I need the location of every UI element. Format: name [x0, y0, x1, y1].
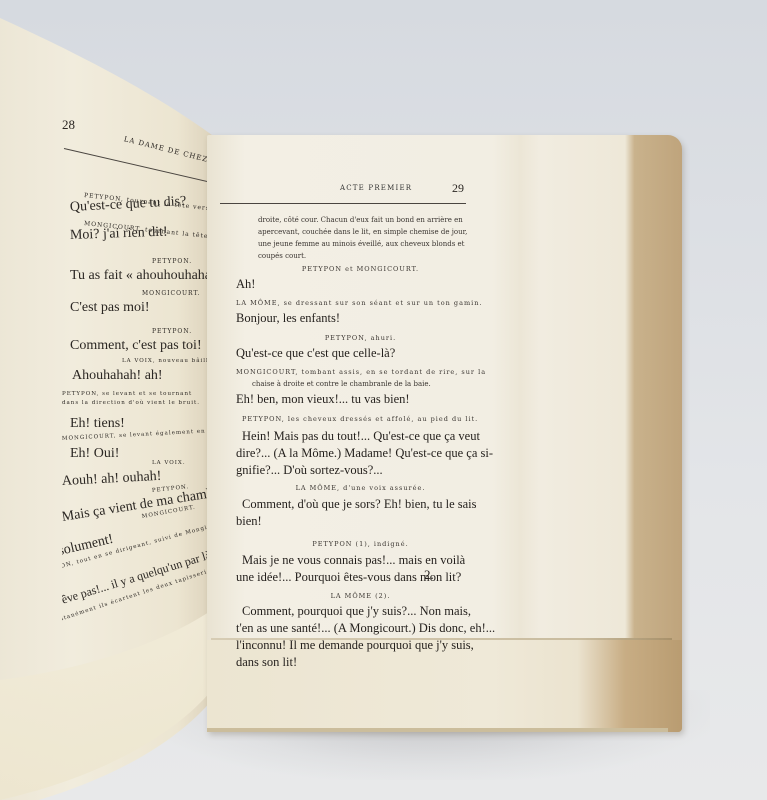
dialogue-line: Qu'est-ce que c'est que celle-là?	[236, 346, 395, 361]
dialogue-line: Bonjour, les enfants!	[236, 311, 340, 326]
speaker-line: LA MÔME, d'une voix assurée.	[258, 484, 463, 492]
dialogue-line: gnifie?... D'où sortez-vous?...	[236, 463, 383, 478]
stage-direction: chaise à droite et contre le chambranle …	[252, 380, 431, 388]
stage-direction: droite, côté cour. Chacun d'eux fait un …	[258, 216, 463, 224]
left-running-title: LA DAME DE CHEZ MAXIM	[123, 135, 212, 172]
stage-direction: coupés court.	[258, 252, 306, 260]
dialogue-line: C'est pas moi!	[70, 300, 150, 316]
dialogue-line: dire?... (A la Môme.) Madame! Qu'est-ce …	[236, 446, 493, 461]
speaker-line: LA MÔME (2).	[258, 592, 463, 600]
bottom-page-edge	[207, 728, 668, 732]
speaker-line: MONGICOURT.	[142, 290, 200, 297]
page-number: 29	[452, 181, 464, 196]
speaker-line: PETYPON (1), indigné.	[258, 540, 463, 548]
header-rule	[220, 203, 466, 204]
speaker-line: LA MÔME, se dressant sur son séant et su…	[236, 299, 482, 307]
speaker-line: PETYPON.	[152, 328, 192, 335]
dialogue-line: bien!	[236, 514, 262, 529]
dialogue-line: dans son lit!	[236, 655, 297, 670]
left-page-text: 28 LA DAME DE CHEZ MAXIM PETYPON, tourna…	[62, 112, 212, 672]
speaker-line: PETYPON, les cheveux dressés et affolé, …	[242, 415, 478, 423]
speaker-line: PETYPON.	[152, 258, 192, 265]
dialogue-line: Moi? j'ai rien dit!	[70, 225, 168, 244]
right-page-header: ACTE PREMIER 29	[220, 181, 466, 205]
dialogue-line: Mais je ne vous connais pas!... mais en …	[242, 553, 465, 568]
speaker-line: PETYPON, se levant et se tournant dans l…	[62, 390, 212, 408]
stage-direction: une jeune femme au minois éveillé, aux c…	[258, 240, 464, 248]
running-title: ACTE PREMIER	[340, 184, 412, 192]
deckle-edge-leaves	[207, 640, 682, 732]
dialogue-line: Ah!	[236, 277, 255, 292]
speaker-line: LA VOIX.	[152, 460, 186, 466]
dialogue-line: Hein! Mais pas du tout!... Qu'est-ce que…	[242, 429, 480, 444]
speaker-line: LA VOIX, nouveau bâillement.	[122, 358, 212, 364]
dialogue-line: t'en as une santé!... (A Mongicourt.) Di…	[236, 621, 495, 636]
stage-direction: apercevant, couchée dans le lit, en simp…	[258, 228, 467, 236]
dialogue-line: l'inconnu! Il me demande pourquoi que j'…	[236, 638, 474, 653]
dialogue-line: Aouh! ah! ouhah!	[62, 469, 162, 490]
dialogue-line: Eh! Oui!	[70, 446, 119, 462]
dialogue-line: Comment, pourquoi que j'y suis?... Non m…	[242, 604, 471, 619]
dialogue-line: Tu as fait « ahouhouhahaha! »	[70, 268, 212, 284]
signature-mark: 2.	[424, 567, 434, 583]
speaker-line: PETYPON, ahuri.	[258, 334, 463, 342]
dialogue-line: Ahouhahah! ah!	[72, 368, 163, 384]
dialogue-line: Eh! ben, mon vieux!... tu vas bien!	[236, 392, 410, 407]
speaker-line: MONGICOURT, tombant assis, en se tordant…	[236, 368, 486, 376]
dialogue-line: Comment, c'est pas toi!	[70, 338, 202, 354]
dialogue-line: Comment, d'où que je sors? Eh! bien, tu …	[242, 497, 477, 512]
left-page-number: 28	[62, 117, 75, 133]
speaker-line: PETYPON et MONGICOURT.	[258, 265, 463, 273]
dialogue-line: Eh! tiens!	[70, 416, 125, 432]
